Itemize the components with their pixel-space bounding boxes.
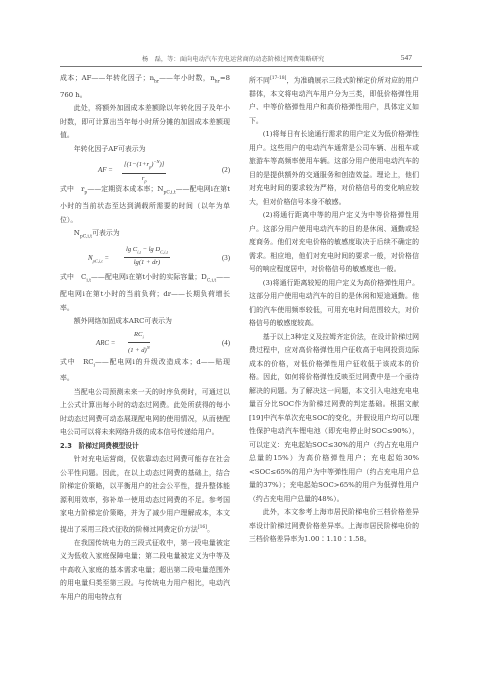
text: ，为准确展示三段式阶梯定价所对应的用户群体，本文将电动汽车用户分为三类，即低价格…	[249, 76, 419, 125]
right-column: 所不同[17-18]，为准确展示三段式阶梯定价所对应的用户群体，本文将电动汽车用…	[249, 72, 419, 547]
numerator: [(1−(1+rp)−N)]	[122, 157, 166, 174]
paragraph: 成本；AF——年转化因子；nhr——年小时数，nhr=8 760 h。	[60, 72, 230, 102]
numerator: lg Ci,t − lg DC,i,t	[124, 245, 170, 258]
paragraph: 针对充电运营商，仅依靠动态过网费可能存在社会公平性问题。因此，在以上动态过网费的…	[60, 453, 230, 536]
equation-fraction: [(1−(1+rp)−N)] rp	[122, 157, 166, 186]
text: 针对充电运营商，仅依靠动态过网费可能存在社会公平性问题。因此，在以上动态过网费的…	[60, 455, 230, 533]
paragraph: 此外，本文参考上海市居民阶梯电价三档价格差异率设计阶梯过网费价格差异率。上海市居…	[249, 506, 419, 547]
text: ——年小时数，n	[159, 74, 215, 82]
denominator: (1 + d)N	[128, 343, 150, 356]
equation-fraction: lg Ci,t − lg DC,i,t lg(1 + dr)	[124, 245, 170, 268]
header-rule	[60, 66, 422, 67]
paragraph: 式中 Ci,t——配电网i在第t小时的实际容量；DC,i,t——配电网i在第t小…	[60, 271, 230, 315]
paragraph: 基于以上3种定义及拉姆齐定价法，在设计阶梯过网费过程中，应对高价格弹性用户征收高…	[249, 331, 419, 507]
equation-3: NpC,i,t = lg Ci,t − lg DC,i,t lg(1 + dr)…	[60, 244, 230, 271]
text: 。	[207, 525, 214, 533]
text: 式中 r	[60, 185, 84, 193]
equation-number: (2)	[222, 164, 230, 178]
paragraph: 式中 rp——定期资本成本率；NpC,i,t——配电网i在第t小时的当前状态至达…	[60, 183, 230, 227]
text: 成本；AF——年转化因子；n	[60, 74, 154, 82]
paragraph: 当配电公司预测未来一天的时序负荷时，可通过以上公式计算出每小时的动态过网费。此处…	[60, 386, 230, 440]
equation-lhs: ARC =	[96, 337, 115, 351]
numerator: RCi	[128, 330, 150, 343]
text: 所不同	[249, 76, 270, 84]
text: ——定期资本成本率；N	[87, 185, 163, 193]
equation-2: AF = [(1−(1+rp)−N)] rp (2)	[60, 156, 230, 183]
citation: [17-18]	[270, 76, 286, 81]
running-title: 杨 磊，等：面向电动汽车充电运营商的动态阶梯过网费策略研究	[142, 54, 324, 63]
paragraph: (1)将每日有长途通行需求的用户定义为低价格弹性用户。这些用户的电动汽车通常是公…	[249, 128, 419, 209]
text: )]	[160, 162, 165, 169]
text: 式中 RC	[60, 358, 94, 366]
text: 式中 C	[60, 273, 86, 281]
paragraph: 额外网络加固成本ARC可表示为	[60, 315, 230, 329]
paragraph: 式中 RCi——配电网i的升级改造成本；d——贴现率。	[60, 356, 230, 386]
text: 可表示为	[92, 229, 120, 237]
paragraph: NpC,i,t可表示为	[60, 227, 230, 244]
equation-lhs: NpC,i,t =	[88, 252, 109, 268]
left-column: 成本；AF——年转化因子；nhr——年小时数，nhr=8 760 h。 此处，将…	[60, 72, 230, 604]
paragraph: 年转化因子AF可表示为	[60, 143, 230, 157]
page-number: 547	[401, 53, 412, 62]
paragraph: 此处，将额外加固成本差额除以年转化因子及年小时数，即可计算出当年每小时所分摊的加…	[60, 102, 230, 143]
equation-4: ARC = RCi (1 + d)N (4)	[60, 329, 230, 356]
paragraph: (2)将通行距离中等的用户定义为中等价格弹性用户。这部分用户使用电动汽车的目的是…	[249, 209, 419, 277]
equation-number: (4)	[222, 337, 230, 351]
equation-lhs: AF =	[98, 164, 113, 178]
text: [(1−(1+r	[124, 162, 149, 169]
paragraph: 在我国传统电力的三段式征收中，第一段电量被定义为低收入家庭保障电量；第二段电量被…	[60, 537, 230, 605]
equation-number: (3)	[222, 252, 230, 266]
citation: [16]	[198, 525, 207, 530]
equation-fraction: RCi (1 + d)N	[128, 330, 150, 357]
denominator: rp	[122, 174, 166, 186]
paragraph: 所不同[17-18]，为准确展示三段式阶梯定价所对应的用户群体，本文将电动汽车用…	[249, 72, 419, 128]
running-header: 杨 磊，等：面向电动汽车充电运营商的动态阶梯过网费策略研究 547	[60, 54, 420, 66]
text: ——配电网i在第t小时的实际容量；D	[91, 273, 207, 281]
denominator: lg(1 + dr)	[124, 258, 170, 268]
paragraph: (3)将通行距离较短的用户定义为高价格弹性用户。这部分用户使用电动汽车的目的是休…	[249, 277, 419, 331]
section-heading: 2.3 阶梯过网费模型设计	[60, 440, 230, 454]
